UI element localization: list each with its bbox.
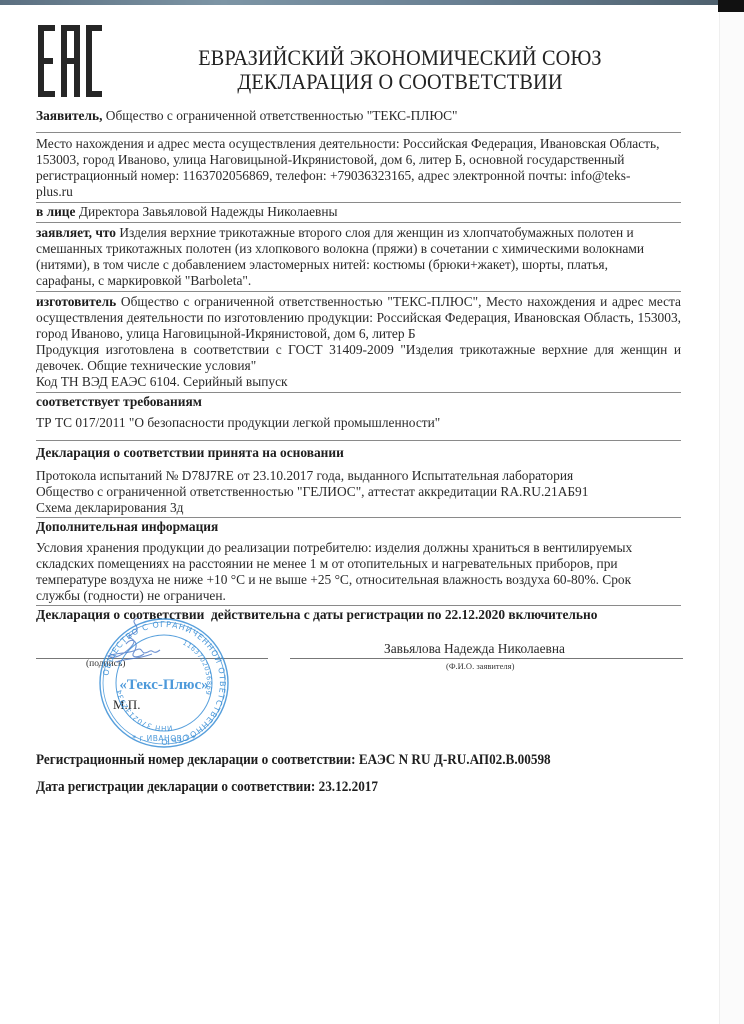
- svg-text:* г.ИВАНОВО *: * г.ИВАНОВО *: [132, 734, 196, 743]
- applicant-person: в лице Директора Завьяловой Надежды Нико…: [36, 203, 681, 222]
- declares-block: заявляет, что Изделия верхние трикотажны…: [36, 223, 651, 291]
- manufacturer-value: Общество с ограниченной ответственностью…: [36, 294, 681, 341]
- document-title: ЕВРАЗИЙСКИЙ ЭКОНОМИЧЕСКИЙ СОЮЗ ДЕКЛАРАЦИ…: [142, 46, 657, 94]
- requirements-label: соответствует требованиям: [36, 393, 681, 410]
- basis-laboratory: Общество с ограниченной ответственностью…: [36, 484, 681, 500]
- registration-number: Регистрационный номер декларации о соотв…: [36, 752, 551, 769]
- title-declaration: ДЕКЛАРАЦИЯ О СООТВЕТСТВИИ: [142, 70, 657, 94]
- stamp-center-text: «Текс-Плюс»: [119, 677, 208, 693]
- requirements-value: ТР ТС 017/2011 "О безопасности продукции…: [36, 410, 681, 440]
- manufacturer-block: изготовитель Общество с ограниченной отв…: [36, 292, 681, 342]
- declares-label: заявляет, что: [36, 225, 116, 240]
- manufacturer-code: Код ТН ВЭД ЕАЭС 6104. Серийный выпуск: [36, 374, 681, 392]
- eac-logo-icon: [38, 25, 102, 97]
- applicant-value: Общество с ограниченной ответственностью…: [102, 108, 457, 123]
- scan-top-edge: [0, 0, 744, 5]
- manufacturer-gost: Продукция изготовлена в соответствии с Г…: [36, 342, 681, 374]
- declaration-body: Заявитель, Общество с ограниченной ответ…: [36, 108, 681, 623]
- additional-value: Условия хранения продукции до реализации…: [36, 540, 676, 605]
- title-union: ЕВРАЗИЙСКИЙ ЭКОНОМИЧЕСКИЙ СОЮЗ: [142, 46, 657, 70]
- name-line: [290, 658, 683, 659]
- basis-protocol: Протокола испытаний № D78J7RE от 23.10.2…: [36, 468, 681, 484]
- applicant-label: Заявитель,: [36, 108, 102, 123]
- scan-right-edge: [719, 12, 744, 1024]
- handwritten-signature-icon: [96, 614, 176, 674]
- basis-scheme: Схема декларирования 3д: [36, 500, 681, 517]
- basis-label: Декларация о соответствии принята на осн…: [36, 441, 681, 468]
- declares-value: Изделия верхние трикотажные второго слоя…: [36, 225, 644, 288]
- person-label: в лице: [36, 204, 75, 219]
- name-caption: (Ф.И.О. заявителя): [446, 661, 514, 671]
- signatory-name: Завьялова Надежда Николаевна: [384, 641, 565, 657]
- registration-date: Дата регистрации декларации о соответств…: [36, 779, 378, 796]
- person-value: Директора Завьяловой Надежды Николаевны: [75, 204, 337, 219]
- additional-label: Дополнительная информация: [36, 518, 681, 540]
- manufacturer-label: изготовитель: [36, 294, 116, 309]
- applicant-address: Место нахождения и адрес места осуществл…: [36, 133, 666, 202]
- scan-corner-mark: [718, 0, 744, 12]
- applicant-line: Заявитель, Общество с ограниченной ответ…: [36, 108, 681, 132]
